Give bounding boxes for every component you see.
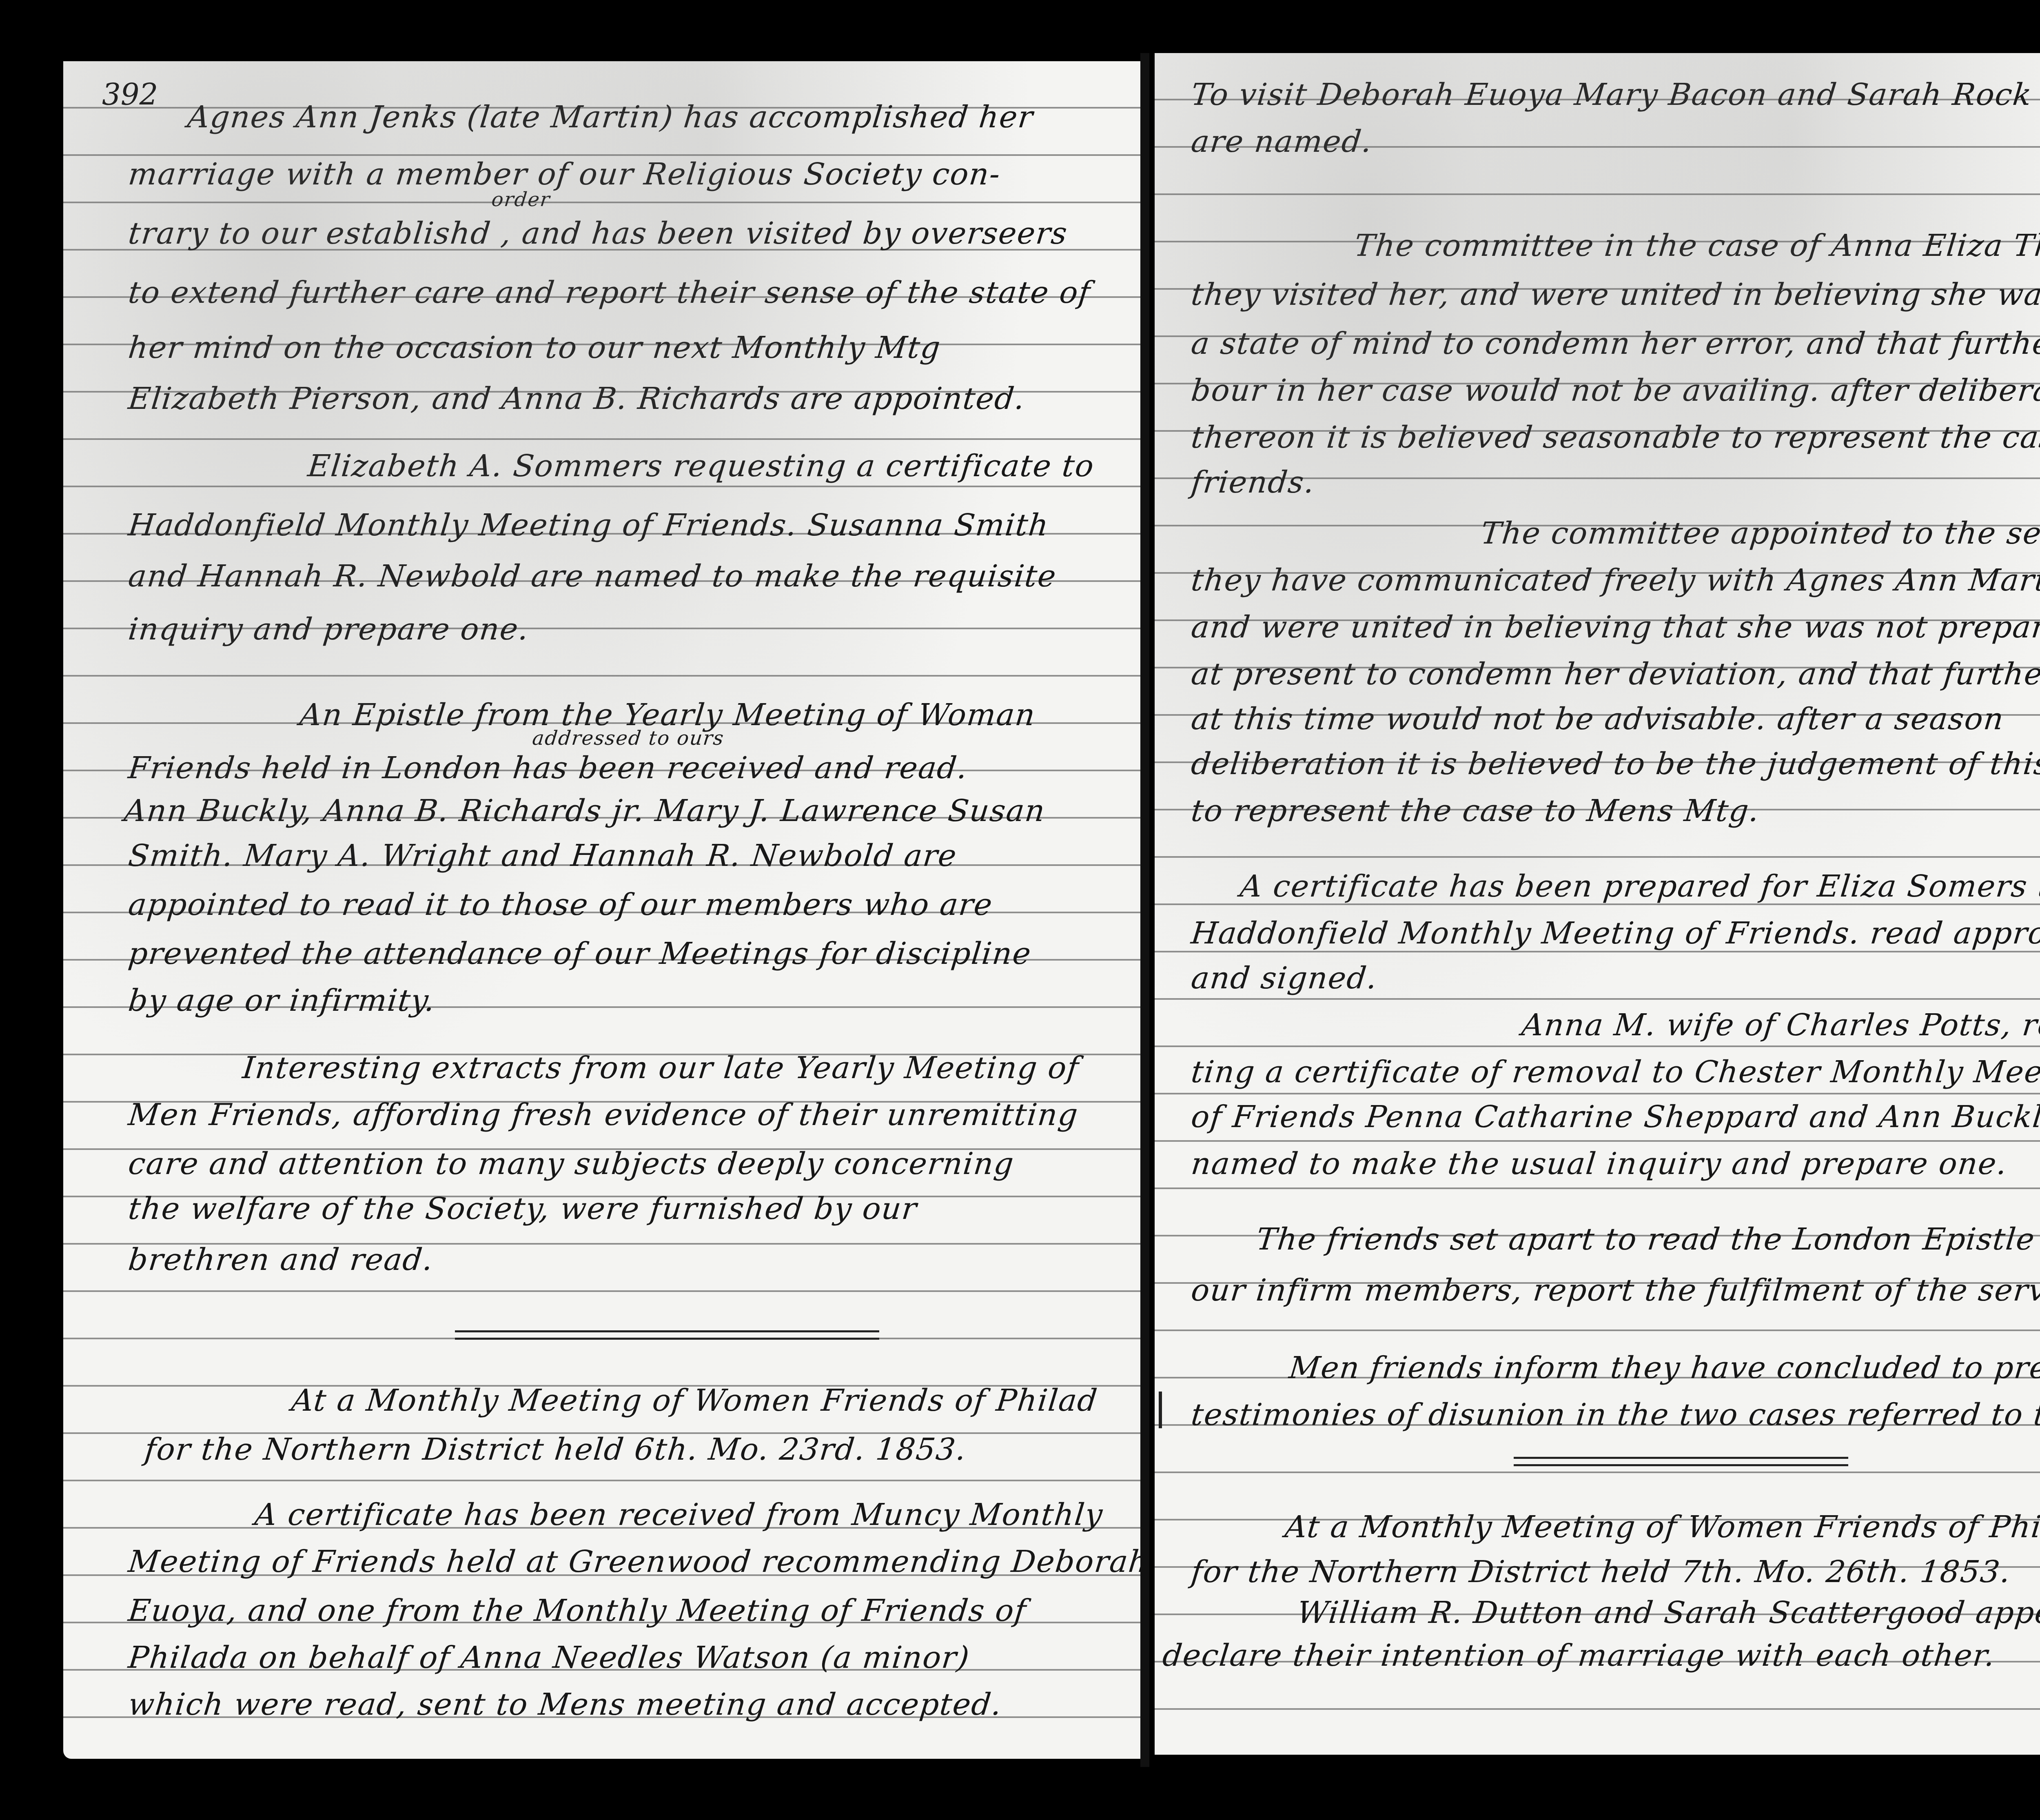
text-line: The committee appointed to the service, … [1479,518,2040,548]
text-line: they have communicated freely with Agnes… [1190,565,2040,595]
text-line: friends. [1190,467,1317,497]
text-line: are named. [1190,127,1374,157]
text-line: Anna M. wife of Charles Potts, reques- [1520,1010,2040,1040]
text-line: Agnes Ann Jenks (late Martin) has accomp… [186,102,1035,132]
text-line: The friends set apart to read the London… [1255,1224,2040,1254]
interlinear-note: order [490,190,551,209]
text-line: The committee in the case of Anna Eliza … [1353,231,2040,261]
text-line: Euoya, and one from the Monthly Meeting … [127,1596,1028,1626]
book-gutter [1140,53,1149,1767]
text-line: bour in her case would not be availing. … [1190,375,2040,406]
text-line: Ann Buckly, Anna B. Richards jr. Mary J.… [123,796,1047,826]
text-line: Friends held in London has been received… [127,753,969,783]
text-line: named to make the usual inquiry and prep… [1190,1149,2009,1179]
text-line: and signed. [1190,963,1379,993]
margin-bracket-mark [1159,1392,1162,1428]
text-line: at present to condemn her deviation, and… [1190,659,2040,689]
text-line: inquiry and prepare one. [127,614,530,644]
text-line: and were united in believing that she wa… [1190,612,2040,642]
section-divider-rule [455,1338,879,1340]
meeting-heading: At a Monthly Meeting of Women Friends of… [1284,1512,2040,1542]
text-line: to represent the case to Mens Mtg. [1190,796,1761,826]
text-line: at this time would not be advisable. aft… [1190,704,2005,734]
text-line: An Epistle from the Yearly Meeting of Wo… [298,700,1037,730]
text-line: of Friends Penna Catharine Sheppard and … [1190,1102,2040,1132]
text-line: thereon it is believed seasonable to rep… [1190,422,2040,453]
text-line: Meeting of Friends held at Greenwood rec… [127,1547,1142,1577]
text-line: care and attention to many subjects deep… [127,1149,1016,1179]
meeting-heading: At a Monthly Meeting of Women Friends of… [290,1385,1099,1416]
section-divider-rule [455,1330,879,1332]
page-number: 392 [102,78,158,112]
text-line: ting a certificate of removal to Chester… [1190,1057,2040,1087]
text-line: Philada on behalf of Anna Needles Watson… [127,1642,971,1673]
text-line: William R. Dutton and Sarah Scattergood … [1296,1598,2040,1628]
text-line: and Hannah R. Newbold are named to make … [127,561,1058,591]
text-line: Elizabeth Pierson, and Anna B. Richards … [127,384,1027,414]
text-line: declare their intention of marriage with… [1161,1640,1997,1671]
text-line: our infirm members, report the fulfilmen… [1190,1275,2040,1305]
text-line: Haddonfield Monthly Meeting of Friends. … [127,510,1051,540]
text-line: Haddonfield Monthly Meeting of Friends. … [1190,918,2040,948]
text-line: brethren and read. [127,1245,435,1275]
text-line: A certificate has been received from Mun… [253,1500,1104,1530]
text-line: A certificate has been prepared for Eliz… [1239,871,2040,901]
text-line: Men friends inform they have concluded t… [1288,1353,2040,1383]
text-line: to extend further care and report their … [127,277,1092,308]
interlinear-note: addressed to ours [531,728,725,748]
text-line: Smith. Mary A. Wright and Hannah R. Newb… [127,841,958,871]
text-line: the welfare of the Society, were furnish… [127,1194,919,1224]
text-line: prevented the attendance of our Meetings… [127,939,1033,969]
meeting-heading: for the Northern District held 6th. Mo. … [143,1434,968,1465]
text-line: they visited her, and were united in bel… [1190,280,2040,310]
left-ledger-page: 392 Agnes Ann Jenks (late Martin) has ac… [63,61,1142,1759]
text-line: a state of mind to condemn her error, an… [1190,328,2040,359]
text-line: Men Friends, affording fresh evidence of… [127,1100,1080,1130]
text-line: by age or infirmity. [127,985,437,1016]
section-divider-rule [1514,1464,1848,1466]
text-line: marriage with a member of our Religious … [127,159,1002,189]
text-line: Interesting extracts from our late Yearl… [241,1053,1081,1083]
text-line: appointed to read it to those of our mem… [127,890,994,920]
meeting-heading: for the Northern District held 7th. Mo. … [1190,1557,2012,1587]
text-line: deliberation it is believed to be the ju… [1190,749,2040,779]
section-divider-rule [1514,1457,1848,1459]
text-line: Elizabeth A. Sommers requesting a certif… [306,451,1096,481]
text-line: trary to our establishd , and has been v… [127,218,1069,249]
text-line: her mind on the occasion to our next Mon… [127,333,942,363]
right-ledger-page: 393 To visit Deborah Euoya Mary Bacon an… [1155,53,2040,1755]
text-line: testimonies of disunion in the two cases… [1190,1400,2040,1430]
text-line: which were read, sent to Mens meeting an… [127,1689,1004,1720]
text-line: To visit Deborah Euoya Mary Bacon and Sa… [1190,80,2033,110]
